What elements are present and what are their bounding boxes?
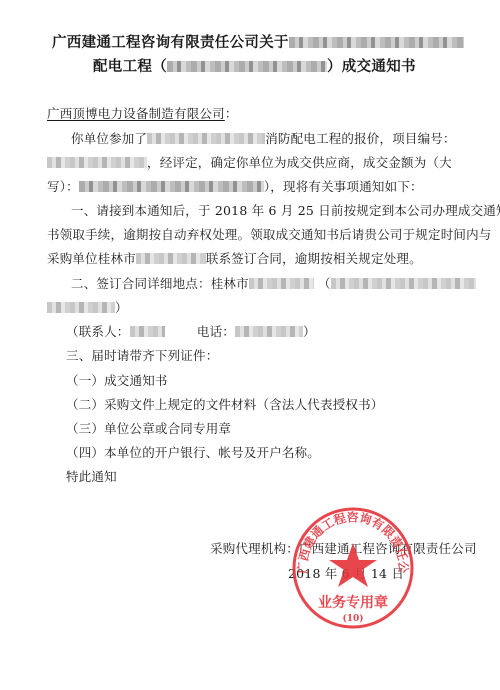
addressee-colon: ： (225, 106, 238, 121)
title-line2-suffix: ）成交通知书 (327, 58, 416, 75)
redacted-project-code (167, 61, 327, 72)
item1-line2: 书领取手续，逾期按自动弃权处理。领取成交通知书后请贵公司于规定时间内与 (47, 227, 492, 243)
para1-l2-suffix: ，经评定，确定你单位为成交供应商，成交金额为（大 (147, 155, 452, 170)
para1-line1: 你单位参加了消防配电工程的报价，项目编号： (71, 131, 456, 147)
redacted-purchaser (136, 253, 206, 264)
doc-item-3: （三）单位公章或合同专用章 (66, 421, 231, 437)
item1-line3: 采购单位桂林市联系签订合同，逾期按相关规定处理。 (47, 251, 422, 267)
para1-line3: 写）：），现将有关事项通知如下： (47, 179, 423, 195)
redacted-contact-name (130, 326, 165, 337)
redacted-project-number (47, 157, 147, 168)
para1-l3-suffix: ），现将有关事项通知如下： (264, 179, 423, 194)
para1-line2: ，经评定，确定你单位为成交供应商，成交金额为（大 (47, 155, 452, 171)
addressee: 广西顶博电力设备制造有限公司： (47, 106, 238, 122)
item3-heading: 三、届时请带齐下列证件： (66, 348, 218, 364)
contact-label: （联系人： (66, 324, 130, 339)
title-line-2: 配电工程（）成交通知书 (93, 59, 416, 75)
redacted-project (147, 133, 265, 144)
item2-paren-close: ） (115, 300, 128, 315)
para1-l1-suffix: 消防配电工程的报价，项目编号： (265, 131, 456, 146)
item1-l3-suffix: 联系签订合同，逾期按相关规定处理。 (206, 251, 422, 266)
official-seal-stamp: 广西建通工程咨询有限责任公司 业务专用章 (10) (290, 505, 416, 631)
redacted-project-name (289, 37, 464, 48)
para1-l1-prefix: 你单位参加了 (71, 131, 147, 146)
closing-text: 特此通知 (66, 469, 117, 485)
contact-line: （联系人： 电话：） (66, 324, 316, 340)
addressee-name: 广西顶博电力设备制造有限公司 (47, 106, 225, 121)
item2-paren-open: （ (318, 276, 331, 291)
doc-item-2: （二）采购文件上规定的文件材料（含法人代表授权书） (66, 397, 384, 413)
redacted-address (249, 278, 314, 289)
item2-line2: ） (47, 300, 128, 316)
title-prefix: 广西建通工程咨询有限责任公司关于 (52, 34, 289, 51)
item1-line1: 一、请接到本通知后，于 2018 年 6 月 25 日前按规定到本公司办理成交通… (71, 203, 500, 219)
phone-label: 电话： (197, 324, 235, 339)
item2-l1-prefix: 二、签订合同详细地点：桂林市 (71, 276, 249, 291)
stamp-bottom-text: 业务专用章 (318, 594, 388, 611)
redacted-address-detail (331, 278, 476, 289)
star-icon (329, 543, 377, 587)
item1-l3-prefix: 采购单位桂林市 (47, 251, 136, 266)
title-line2-prefix: 配电工程（ (93, 58, 167, 75)
redacted-phone (235, 326, 303, 337)
para1-l3-prefix: 写）： (47, 179, 79, 194)
contact-close: ） (303, 324, 316, 339)
redacted-address-cont (47, 302, 115, 313)
stamp-number: (10) (342, 613, 363, 624)
title-line-1: 广西建通工程咨询有限责任公司关于 (52, 35, 464, 51)
redacted-amount (79, 181, 264, 192)
doc-item-1: （一）成交通知书 (66, 373, 168, 389)
doc-item-4: （四）本单位的开户银行、帐号及开户名称。 (66, 445, 320, 461)
item2-line1: 二、签订合同详细地点：桂林市 （ (71, 276, 476, 292)
